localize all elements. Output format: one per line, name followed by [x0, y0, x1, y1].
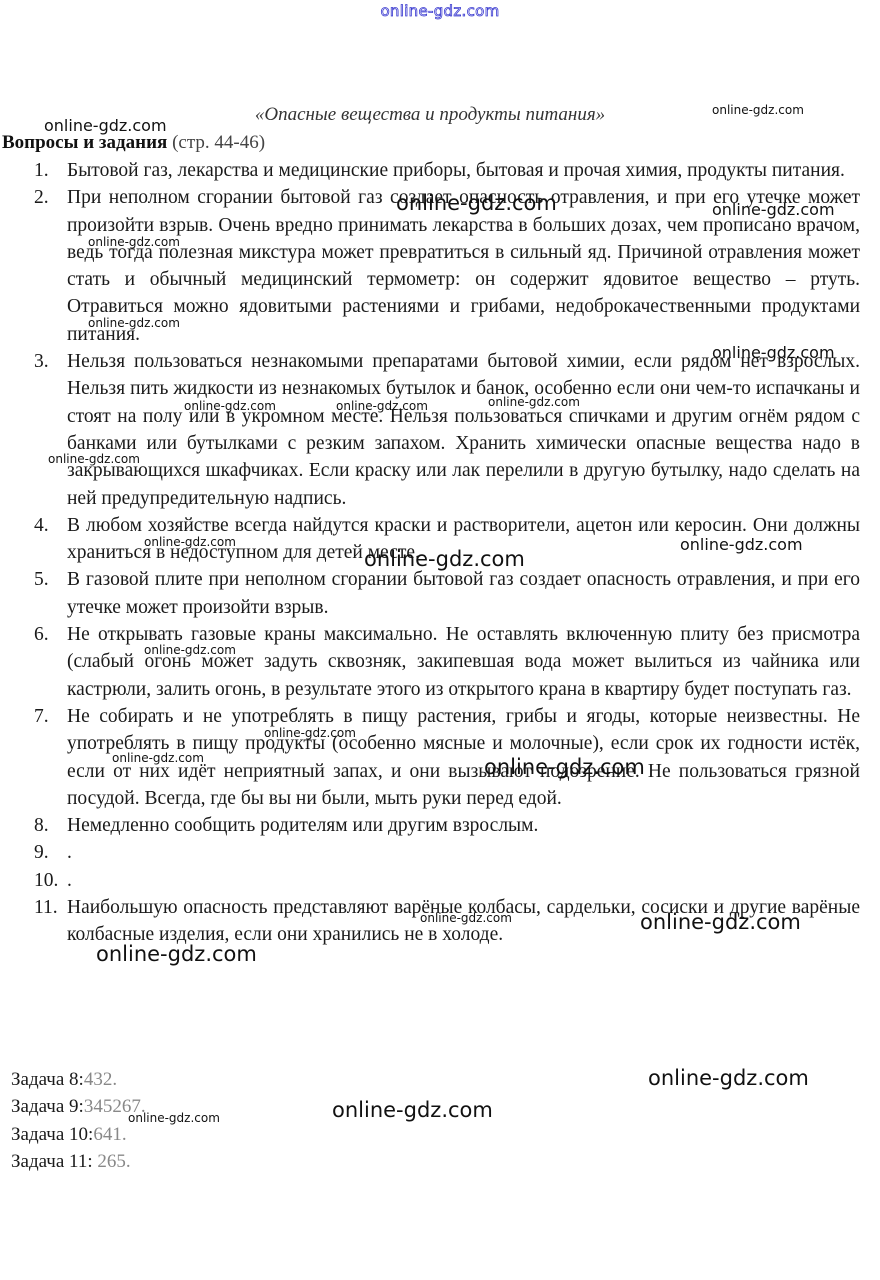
watermark: online-gdz.com: [144, 535, 236, 549]
tasks-block: Задача 8:432. Задача 9:345267. Задача 10…: [11, 1066, 146, 1175]
answer-number: 1.: [34, 157, 49, 184]
answer-text: .: [67, 842, 72, 863]
section-heading: Вопросы и задания (стр. 44-46): [2, 132, 265, 154]
answer-item: 8.Немедленно сообщить родителям или друг…: [0, 812, 860, 839]
answer-number: 9.: [34, 839, 49, 866]
task-value: 641.: [93, 1124, 126, 1145]
watermark: online-gdz.com: [488, 395, 580, 409]
watermark: online-gdz.com: [396, 191, 557, 215]
task-value: 432.: [84, 1069, 117, 1090]
task-value: 265.: [97, 1151, 130, 1172]
task-line: Задача 10:641.: [11, 1121, 146, 1148]
top-watermark: online-gdz.com: [0, 2, 880, 20]
watermark: online-gdz.com: [680, 535, 803, 554]
task-label: Задача 11:: [11, 1151, 97, 1172]
answer-text: В газовой плите при неполном сгорании бы…: [67, 569, 860, 617]
answer-item: 6.Не открывать газовые краны максимально…: [0, 621, 860, 703]
watermark: online-gdz.com: [712, 343, 835, 362]
watermark: online-gdz.com: [144, 643, 236, 657]
section-pages: (стр. 44-46): [172, 132, 265, 153]
answer-number: 11.: [34, 894, 58, 921]
watermark: online-gdz.com: [648, 1066, 809, 1090]
answer-number: 5.: [34, 566, 49, 593]
answer-item: 1.Бытовой газ, лекарства и медицинские п…: [0, 157, 860, 184]
answer-text: Нельзя пользоваться незнакомыми препарат…: [67, 351, 860, 508]
watermark: online-gdz.com: [712, 103, 804, 117]
watermark: online-gdz.com: [112, 751, 204, 765]
watermark: online-gdz.com: [128, 1111, 220, 1125]
answer-item: 5.В газовой плите при неполном сгорании …: [0, 566, 860, 621]
watermark: online-gdz.com: [640, 910, 801, 934]
task-label: Задача 8:: [11, 1069, 84, 1090]
task-line: Задача 11: 265.: [11, 1148, 146, 1175]
answer-item: 3.Нельзя пользоваться незнакомыми препар…: [0, 348, 860, 512]
watermark: online-gdz.com: [88, 316, 180, 330]
answer-number: 2.: [34, 184, 49, 211]
watermark: online-gdz.com: [48, 452, 140, 466]
watermark: online-gdz.com: [336, 399, 428, 413]
watermark: online-gdz.com: [420, 911, 512, 925]
answer-number: 6.: [34, 621, 49, 648]
watermark: online-gdz.com: [264, 726, 356, 740]
watermark: online-gdz.com: [44, 116, 167, 135]
watermark: online-gdz.com: [484, 755, 645, 779]
watermark: online-gdz.com: [364, 547, 525, 571]
task-label: Задача 9:: [11, 1096, 84, 1117]
watermark: online-gdz.com: [88, 235, 180, 249]
answer-number: 7.: [34, 703, 49, 730]
answer-item: 10..: [0, 867, 860, 894]
answer-number: 4.: [34, 512, 49, 539]
answer-text: .: [67, 870, 72, 891]
answer-number: 3.: [34, 348, 49, 375]
task-line: Задача 8:432.: [11, 1066, 146, 1093]
answer-number: 8.: [34, 812, 49, 839]
watermark: online-gdz.com: [184, 399, 276, 413]
answer-number: 10.: [34, 867, 58, 894]
watermark: online-gdz.com: [96, 942, 257, 966]
answer-text: Немедленно сообщить родителям или другим…: [67, 815, 538, 836]
task-line: Задача 9:345267.: [11, 1093, 146, 1120]
answer-text: Не открывать газовые краны максимально. …: [67, 624, 860, 700]
answer-text: Бытовой газ, лекарства и медицинские при…: [67, 160, 845, 181]
answer-item: 9..: [0, 839, 860, 866]
section-label: Вопросы и задания: [2, 132, 167, 153]
watermark: online-gdz.com: [712, 200, 835, 219]
task-label: Задача 10:: [11, 1124, 93, 1145]
watermark: online-gdz.com: [332, 1098, 493, 1122]
